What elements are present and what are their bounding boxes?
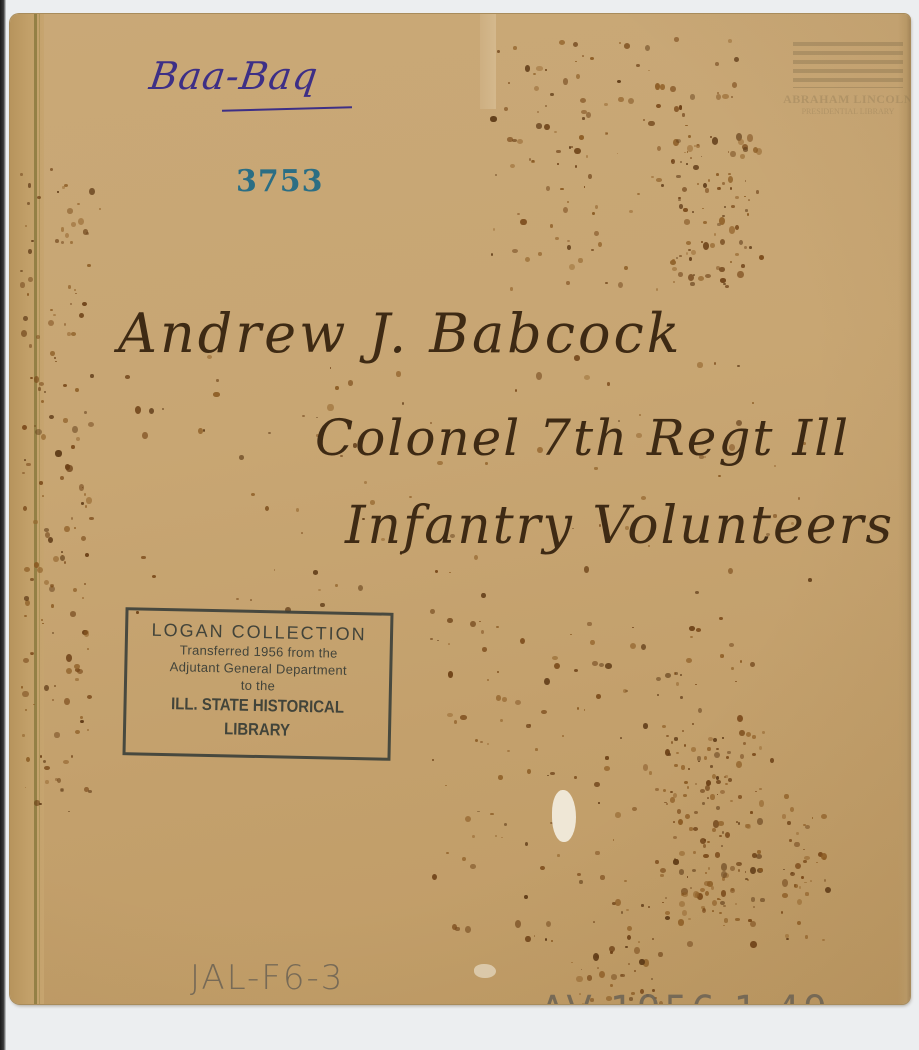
foxing-speck: [680, 674, 682, 676]
stamp-line-library: ILL. STATE HISTORICAL LIBRARY: [142, 692, 374, 745]
paper-tear: [480, 14, 496, 109]
foxing-speck: [607, 382, 610, 385]
foxing-speck: [432, 759, 434, 761]
foxing-speck: [24, 615, 27, 618]
foxing-speck: [525, 842, 528, 846]
foxing-speck: [718, 475, 721, 477]
foxing-speck: [544, 124, 549, 130]
foxing-speck: [320, 603, 325, 608]
foxing-speck: [579, 135, 584, 140]
foxing-speck: [720, 790, 725, 794]
foxing-speck: [402, 402, 405, 405]
foxing-speck: [66, 668, 72, 674]
foxing-speck: [660, 874, 663, 877]
foxing-speck: [690, 157, 692, 159]
foxing-speck: [718, 821, 724, 825]
pencil-note-location: JAL-F6-3: [190, 958, 344, 998]
foxing-speck: [61, 241, 64, 244]
foxing-speck: [250, 599, 252, 601]
foxing-speck: [708, 179, 711, 182]
foxing-speck: [822, 939, 825, 941]
foxing-speck: [744, 196, 746, 197]
foxing-speck: [637, 193, 640, 195]
foxing-speck: [639, 959, 644, 966]
foxing-speck: [576, 74, 580, 79]
foxing-speck: [716, 94, 721, 100]
foxing-speck: [75, 730, 80, 734]
foxing-speck: [728, 778, 733, 782]
foxing-speck: [465, 816, 471, 822]
foxing-speck: [38, 387, 41, 390]
foxing-speck: [593, 953, 599, 961]
foxing-speck: [692, 723, 694, 725]
foxing-speck: [598, 802, 600, 803]
foxing-speck: [496, 626, 498, 628]
foxing-speck: [87, 264, 91, 268]
foxing-speck: [77, 669, 83, 674]
foxing-speck: [682, 730, 684, 732]
foxing-speck: [70, 611, 76, 617]
foxing-speck: [268, 432, 270, 434]
foxing-speck: [510, 164, 515, 168]
foxing-speck: [76, 437, 80, 441]
foxing-speck: [656, 677, 661, 681]
foxing-speck: [48, 320, 54, 326]
foxing-speck: [784, 794, 788, 798]
foxing-speck: [335, 584, 338, 587]
foxing-speck: [705, 891, 709, 896]
foxing-speck: [796, 832, 799, 835]
foxing-speck: [730, 888, 734, 893]
foxing-speck: [546, 921, 551, 927]
foxing-speck: [33, 520, 37, 523]
foxing-speck: [663, 789, 666, 792]
foxing-speck: [679, 105, 683, 110]
foxing-speck: [44, 685, 49, 691]
foxing-speck: [55, 361, 57, 362]
foxing-speck: [641, 644, 647, 651]
foxing-speck: [88, 422, 94, 427]
foxing-speck: [42, 623, 44, 624]
foxing-speck: [697, 362, 702, 367]
foxing-speck: [716, 173, 719, 176]
foxing-speck: [335, 386, 339, 390]
foxing-speck: [658, 952, 662, 957]
foxing-speck: [577, 873, 581, 876]
foxing-speck: [524, 895, 528, 899]
foxing-speck: [707, 747, 711, 752]
foxing-speck: [678, 819, 683, 825]
foxing-speck: [24, 459, 26, 461]
foxing-speck: [739, 240, 743, 245]
foxing-speck: [432, 874, 437, 880]
foxing-speck: [651, 978, 653, 981]
foxing-speck: [474, 555, 478, 560]
foxing-speck: [755, 791, 757, 792]
foxing-speck: [584, 186, 586, 187]
foxing-speck: [30, 578, 34, 581]
foxing-speck: [738, 822, 740, 824]
foxing-speck: [679, 851, 684, 856]
foxing-speck: [446, 852, 448, 854]
foxing-speck: [698, 708, 702, 713]
foxing-speck: [737, 365, 740, 368]
foxing-speck: [89, 188, 95, 195]
foxing-speck: [686, 163, 688, 165]
foxing-speck: [71, 517, 73, 520]
foxing-speck: [703, 844, 706, 848]
foxing-speck: [714, 752, 720, 758]
foxing-speck: [679, 869, 685, 875]
foxing-speck: [745, 878, 747, 880]
foxing-speck: [27, 293, 29, 296]
foxing-speck: [545, 105, 547, 107]
foxing-speck: [60, 788, 64, 792]
foxing-speck: [657, 694, 659, 696]
foxing-speck: [762, 731, 765, 733]
foxing-speck: [75, 678, 79, 681]
foxing-speck: [490, 116, 496, 122]
foxing-speck: [682, 187, 688, 192]
folder-cover: ABRAHAM LINCOLN PRESIDENTIAL LIBRARY Baa…: [10, 14, 910, 1004]
foxing-speck: [36, 335, 40, 340]
foxing-speck: [789, 839, 791, 841]
foxing-speck: [480, 741, 482, 743]
foxing-speck: [498, 775, 503, 780]
foxing-speck: [53, 314, 56, 316]
foxing-speck: [688, 135, 691, 138]
foxing-speck: [80, 720, 84, 724]
foxing-speck: [638, 941, 641, 943]
foxing-speck: [547, 775, 549, 777]
foxing-speck: [748, 919, 751, 922]
foxing-speck: [99, 208, 101, 210]
foxing-speck: [730, 261, 732, 263]
foxing-speck: [756, 190, 759, 194]
foxing-speck: [21, 330, 27, 337]
foxing-speck: [493, 228, 495, 231]
foxing-speck: [594, 467, 597, 469]
foxing-speck: [85, 553, 89, 557]
foxing-speck: [759, 788, 762, 791]
foxing-speck: [729, 643, 734, 647]
foxing-speck: [562, 735, 564, 737]
foxing-speck: [737, 271, 743, 278]
foxing-speck: [25, 709, 27, 710]
foxing-speck: [50, 351, 55, 356]
foxing-speck: [717, 187, 721, 191]
foxing-speck: [82, 597, 84, 598]
foxing-speck: [736, 862, 742, 867]
foxing-speck: [61, 551, 63, 553]
foxing-speck: [587, 975, 593, 981]
foxing-speck: [396, 371, 400, 376]
foxing-speck: [702, 802, 705, 805]
foxing-speck: [790, 807, 794, 812]
foxing-speck: [44, 391, 46, 393]
foxing-speck: [746, 732, 751, 737]
foxing-speck: [611, 974, 617, 980]
foxing-speck: [55, 239, 59, 243]
foxing-speck: [70, 241, 72, 244]
foxing-speck: [448, 671, 453, 677]
foxing-speck: [696, 628, 701, 632]
foxing-speck: [673, 836, 677, 839]
foxing-speck: [63, 760, 69, 764]
foxing-speck: [576, 976, 582, 983]
foxing-speck: [626, 909, 629, 912]
foxing-speck: [782, 814, 787, 819]
foxing-speck: [27, 202, 30, 205]
foxing-speck: [42, 495, 44, 497]
foxing-speck: [556, 150, 561, 154]
foxing-speck: [676, 257, 678, 259]
foxing-speck: [728, 173, 730, 175]
foxing-speck: [673, 821, 675, 823]
foxing-speck: [541, 710, 547, 714]
foxing-speck: [581, 969, 583, 971]
foxing-speck: [454, 720, 458, 724]
foxing-speck: [605, 756, 609, 759]
foxing-speck: [676, 175, 680, 179]
foxing-speck: [710, 765, 714, 768]
foxing-speck: [745, 871, 747, 873]
foxing-speck: [599, 971, 605, 978]
foxing-speck: [251, 493, 255, 496]
foxing-speck: [544, 678, 550, 685]
foxing-speck: [597, 967, 599, 969]
foxing-speck: [198, 428, 202, 434]
foxing-speck: [55, 450, 61, 456]
foxing-speck: [731, 667, 733, 670]
foxing-speck: [34, 376, 39, 383]
foxing-speck: [678, 919, 684, 925]
foxing-speck: [701, 156, 703, 158]
foxing-speck: [563, 207, 568, 214]
foxing-speck: [587, 622, 591, 627]
foxing-speck: [517, 139, 523, 144]
foxing-speck: [719, 617, 723, 621]
foxing-speck: [632, 807, 637, 811]
foxing-speck: [571, 962, 573, 964]
foxing-speck: [803, 860, 806, 863]
foxing-speck: [724, 206, 726, 208]
foxing-speck: [719, 912, 722, 914]
foxing-speck: [703, 183, 707, 188]
foxing-speck: [610, 951, 613, 954]
foxing-speck: [730, 151, 735, 157]
foxing-speck: [582, 55, 584, 57]
foxing-speck: [665, 673, 671, 678]
foxing-speck: [710, 243, 715, 247]
foxing-speck: [685, 125, 687, 127]
foxing-speck: [64, 698, 69, 705]
foxing-speck: [691, 250, 696, 255]
foxing-speck: [74, 664, 79, 669]
foxing-speck: [584, 375, 590, 380]
foxing-speck: [750, 811, 752, 814]
foxing-speck: [630, 643, 636, 649]
foxing-speck: [678, 272, 683, 276]
foxing-speck: [37, 196, 41, 199]
foxing-speck: [557, 854, 559, 857]
foxing-speck: [313, 570, 319, 575]
foxing-speck: [787, 821, 791, 826]
foxing-speck: [65, 233, 69, 238]
foxing-speck: [594, 231, 599, 236]
foxing-speck: [533, 73, 536, 75]
foxing-speck: [620, 974, 624, 978]
soldier-rank-regiment: Colonel 7th Regt Ill: [315, 409, 850, 467]
foxing-speck: [687, 145, 693, 151]
foxing-speck: [430, 638, 432, 640]
foxing-speck: [710, 794, 714, 799]
foxing-speck: [30, 377, 32, 379]
foxing-speck: [460, 715, 466, 720]
foxing-speck: [574, 669, 578, 672]
foxing-speck: [508, 82, 510, 84]
foxing-speck: [490, 813, 493, 815]
foxing-speck: [554, 131, 557, 133]
foxing-speck: [721, 863, 727, 871]
foxing-speck: [68, 811, 70, 812]
paper-abrasion: [474, 964, 496, 978]
foxing-speck: [625, 946, 628, 949]
foxing-speck: [759, 255, 765, 260]
foxing-speck: [598, 242, 602, 247]
foxing-speck: [803, 849, 805, 850]
foxing-speck: [783, 869, 785, 870]
foxing-speck: [707, 797, 709, 799]
foxing-speck: [435, 570, 438, 572]
foxing-speck: [502, 697, 507, 702]
foxing-speck: [236, 598, 239, 600]
foxing-speck: [594, 782, 600, 787]
foxing-speck: [695, 684, 697, 686]
foxing-speck: [203, 429, 206, 432]
foxing-speck: [28, 277, 32, 282]
foxing-speck: [648, 906, 650, 908]
foxing-speck: [678, 199, 681, 202]
foxing-speck: [22, 691, 28, 698]
foxing-speck: [20, 173, 22, 176]
foxing-speck: [71, 332, 76, 336]
foxing-speck: [634, 947, 640, 954]
foxing-speck: [770, 758, 774, 763]
foxing-speck: [732, 82, 737, 88]
accession-number: 3753: [236, 164, 324, 199]
foxing-speck: [507, 137, 512, 142]
foxing-speck: [750, 941, 756, 948]
foxing-speck: [701, 906, 704, 909]
foxing-speck: [736, 761, 742, 768]
foxing-speck: [22, 734, 24, 737]
foxing-speck: [535, 748, 537, 751]
foxing-speck: [507, 750, 510, 752]
foxing-speck: [624, 43, 630, 49]
foxing-speck: [75, 293, 77, 294]
foxing-speck: [735, 903, 737, 905]
foxing-speck: [688, 918, 690, 920]
foxing-speck: [605, 282, 607, 284]
foxing-speck: [679, 255, 681, 257]
foxing-speck: [550, 772, 554, 775]
foxing-speck: [510, 287, 514, 291]
foxing-speck: [296, 508, 299, 512]
foxing-speck: [554, 663, 560, 669]
foxing-speck: [824, 879, 826, 882]
foxing-speck: [66, 465, 72, 472]
foxing-speck: [752, 853, 757, 858]
watermark-subtitle: PRESIDENTIAL LIBRARY: [778, 107, 910, 116]
foxing-speck: [64, 561, 66, 564]
foxing-speck: [684, 744, 686, 746]
foxing-speck: [579, 880, 583, 884]
foxing-speck: [462, 857, 466, 862]
foxing-speck: [559, 40, 565, 45]
foxing-speck: [525, 257, 530, 262]
foxing-speck: [84, 411, 87, 415]
foxing-speck: [624, 266, 628, 270]
foxing-speck: [677, 809, 682, 814]
foxing-speck: [72, 426, 78, 434]
foxing-speck: [496, 695, 502, 701]
foxing-speck: [620, 737, 622, 739]
foxing-speck: [465, 926, 471, 933]
foxing-speck: [61, 227, 65, 231]
foxing-speck: [538, 252, 542, 256]
foxing-speck: [722, 737, 724, 738]
foxing-speck: [682, 113, 685, 116]
foxing-speck: [728, 39, 732, 43]
foxing-speck: [688, 768, 691, 771]
foxing-speck: [50, 168, 53, 171]
foxing-speck: [680, 696, 683, 699]
foxing-speck: [698, 276, 704, 281]
foxing-speck: [77, 203, 80, 206]
foxing-speck: [786, 938, 789, 940]
foxing-speck: [437, 640, 439, 642]
foxing-speck: [627, 935, 631, 940]
foxing-speck: [551, 940, 553, 942]
foxing-speck: [731, 205, 735, 208]
foxing-speck: [50, 584, 54, 587]
foxing-speck: [676, 752, 679, 754]
foxing-speck: [25, 225, 27, 227]
foxing-speck: [552, 656, 558, 661]
folder-right-edge: [898, 14, 910, 1004]
foxing-speck: [525, 65, 530, 72]
foxing-speck: [759, 800, 764, 807]
foxing-speck: [609, 946, 615, 952]
foxing-speck: [750, 867, 756, 874]
foxing-speck: [28, 183, 31, 187]
foxing-speck: [590, 57, 595, 61]
foxing-speck: [747, 213, 749, 215]
foxing-speck: [690, 94, 696, 100]
foxing-speck: [812, 817, 814, 819]
foxing-speck: [617, 80, 621, 83]
foxing-speck: [89, 517, 94, 521]
foxing-speck: [566, 281, 570, 285]
foxing-speck: [665, 897, 667, 899]
foxing-speck: [810, 880, 812, 882]
foxing-speck: [364, 481, 367, 484]
foxing-speck: [652, 938, 654, 940]
foxing-speck: [712, 828, 716, 832]
foxing-speck: [735, 918, 740, 922]
foxing-speck: [695, 783, 697, 785]
